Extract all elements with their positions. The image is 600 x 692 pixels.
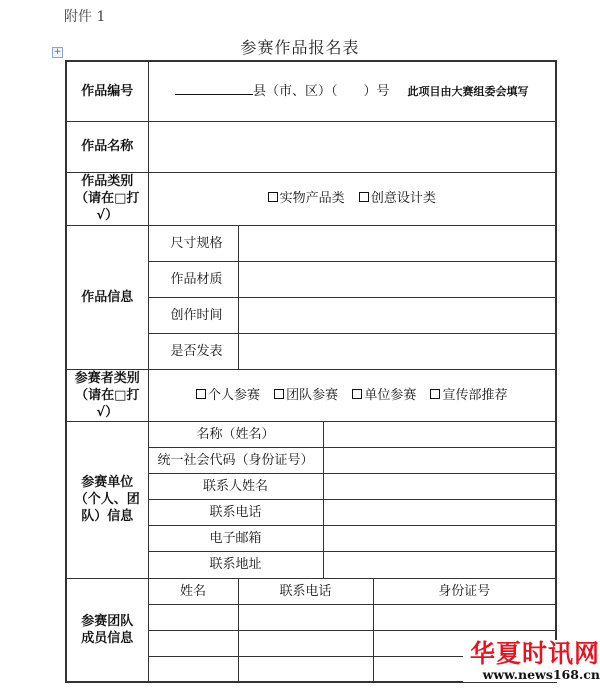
team-member-phone-input[interactable] [238, 604, 373, 630]
participant-phone-input[interactable] [323, 499, 556, 525]
checkbox-icon[interactable] [196, 389, 206, 399]
attachment-label: 附件 1 [64, 6, 105, 26]
option-organization[interactable]: 单位参赛 [352, 388, 416, 403]
checkbox-icon[interactable] [352, 389, 362, 399]
watermark: 华夏时讯网 www.news168.cn [463, 640, 600, 682]
team-col-phone: 联系电话 [238, 578, 373, 604]
checkbox-icon[interactable] [268, 192, 278, 202]
team-members-label-line1: 参赛团队 [67, 613, 148, 630]
watermark-url: www.news168.cn [463, 668, 600, 682]
participant-info-label-line3: 队）信息 [67, 508, 148, 525]
participant-type-label-line1: 参赛者类别 [67, 370, 148, 387]
county-blank-line[interactable] [175, 82, 253, 95]
work-category-label-line3: √） [67, 207, 148, 224]
form-title: 参赛作品报名表 [0, 35, 600, 58]
work-number-field[interactable]: 县（市、区）（ ）号此项目由大赛组委会填写 [148, 61, 556, 121]
team-members-label-line2: 成员信息 [67, 630, 148, 647]
option-team[interactable]: 团队参赛 [274, 388, 338, 403]
participant-field-label: 联系人姓名 [148, 473, 323, 499]
work-info-material-input[interactable] [238, 261, 556, 297]
work-name-input[interactable] [148, 121, 556, 172]
work-info-field-label: 尺寸规格 [148, 225, 238, 261]
move-handle-icon[interactable]: + [52, 47, 63, 58]
work-info-time-input[interactable] [238, 297, 556, 333]
participant-info-label-line2: （个人、团 [67, 491, 148, 508]
option-individual[interactable]: 个人参赛 [196, 388, 260, 403]
participant-field-label: 联系地址 [148, 551, 323, 578]
row-participant-type: 参赛者类别 （请在□打 √） 个人参赛 团队参赛 单位参赛 宣传部推荐 [66, 369, 556, 421]
team-member-name-input[interactable] [148, 604, 238, 630]
row-participant-name: 参赛单位 （个人、团 队）信息 名称（姓名） [66, 421, 556, 447]
work-info-label: 作品信息 [66, 225, 148, 369]
work-category-label: 作品类别 （请在□打 √） [66, 172, 148, 225]
work-category-label-line2: （请在□打 [67, 190, 148, 207]
participant-field-label: 电子邮箱 [148, 525, 323, 551]
work-info-field-label: 创作时间 [148, 297, 238, 333]
work-number-note: 此项目由大赛组委会填写 [408, 85, 529, 98]
team-col-id: 身份证号 [373, 578, 556, 604]
participant-type-options: 个人参赛 团队参赛 单位参赛 宣传部推荐 [148, 369, 556, 421]
checkbox-icon[interactable] [430, 389, 440, 399]
work-category-options: 实物产品类 创意设计类 [148, 172, 556, 225]
work-info-field-label: 作品材质 [148, 261, 238, 297]
team-member-name-input[interactable] [148, 630, 238, 656]
participant-contact-input[interactable] [323, 473, 556, 499]
row-work-name: 作品名称 [66, 121, 556, 172]
row-work-number: 作品编号 县（市、区）（ ）号此项目由大赛组委会填写 [66, 61, 556, 121]
participant-field-label: 统一社会代码（身份证号） [148, 447, 323, 473]
work-name-label: 作品名称 [66, 121, 148, 172]
team-member-phone-input[interactable] [238, 656, 373, 682]
checkbox-icon[interactable] [359, 192, 369, 202]
participant-field-label: 联系电话 [148, 499, 323, 525]
team-col-name: 姓名 [148, 578, 238, 604]
row-team-header: 参赛团队 成员信息 姓名 联系电话 身份证号 [66, 578, 556, 604]
registration-form-table: 作品编号 县（市、区）（ ）号此项目由大赛组委会填写 作品名称 作品类别 （请在… [65, 60, 557, 683]
team-member-phone-input[interactable] [238, 630, 373, 656]
participant-type-label-line2: （请在□打 [67, 387, 148, 404]
work-info-published-input[interactable] [238, 333, 556, 369]
participant-info-label-line1: 参赛单位 [67, 474, 148, 491]
participant-name-input[interactable] [323, 421, 556, 447]
participant-info-label: 参赛单位 （个人、团 队）信息 [66, 421, 148, 578]
option-physical-product[interactable]: 实物产品类 [268, 191, 345, 206]
option-creative-design[interactable]: 创意设计类 [359, 191, 436, 206]
team-member-name-input[interactable] [148, 656, 238, 682]
work-number-label: 作品编号 [66, 61, 148, 121]
participant-type-label-line3: √） [67, 404, 148, 421]
participant-type-label: 参赛者类别 （请在□打 √） [66, 369, 148, 421]
work-category-label-line1: 作品类别 [67, 173, 148, 190]
participant-code-input[interactable] [323, 447, 556, 473]
work-info-field-label: 是否发表 [148, 333, 238, 369]
option-publicity-recommend[interactable]: 宣传部推荐 [430, 388, 507, 403]
row-work-category: 作品类别 （请在□打 √） 实物产品类 创意设计类 [66, 172, 556, 225]
row-work-info-size: 作品信息 尺寸规格 [66, 225, 556, 261]
participant-email-input[interactable] [323, 525, 556, 551]
county-text: 县（市、区）（ ）号 [253, 84, 390, 99]
team-member-id-input[interactable] [373, 604, 556, 630]
work-info-size-input[interactable] [238, 225, 556, 261]
checkbox-icon[interactable] [274, 389, 284, 399]
team-members-label: 参赛团队 成员信息 [66, 578, 148, 682]
watermark-name: 华夏时讯网 [463, 640, 600, 668]
participant-field-label: 名称（姓名） [148, 421, 323, 447]
participant-address-input[interactable] [323, 551, 556, 578]
